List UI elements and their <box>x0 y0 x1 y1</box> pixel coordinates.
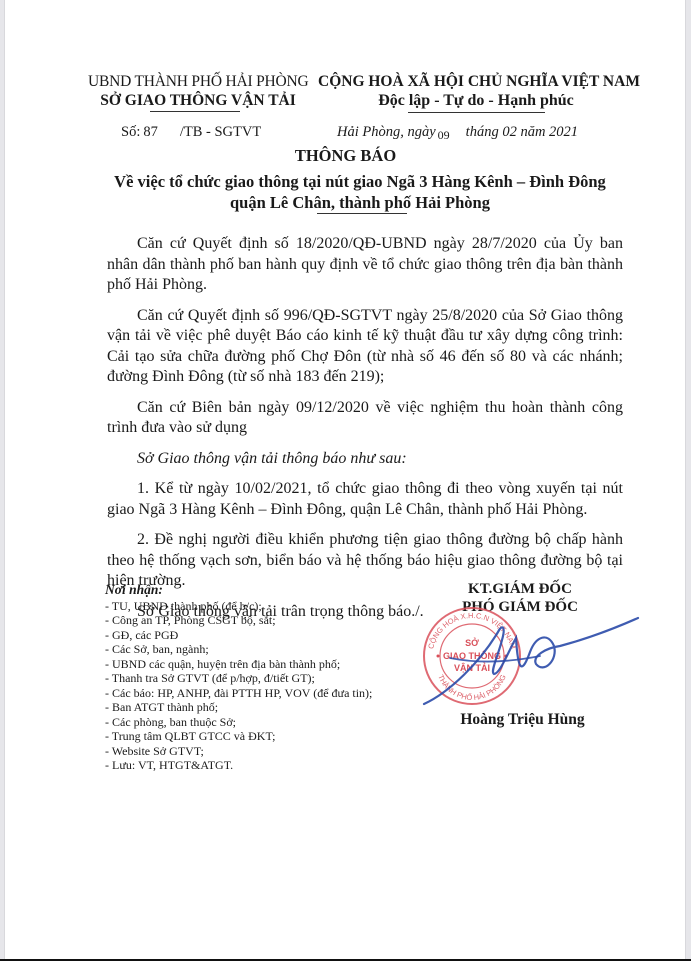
body-paragraph-intro: Sở Giao thông vận tải thông báo như sau: <box>107 449 623 470</box>
recipient-item: - Ban ATGT thành phố; <box>105 700 372 715</box>
recipient-item: - Công an TP, Phòng CSGT bộ, sắt; <box>105 613 372 628</box>
subtitle-line-2: quận Lê Chân, thành phố Hải Phòng <box>80 192 640 213</box>
recipient-item: - Các phòng, ban thuộc Sở; <box>105 715 372 730</box>
date-day: 09 <box>438 128 450 142</box>
national-heading-block: CỘNG HOÀ XÃ HỘI CHỦ NGHĨA VIỆT NAM Độc l… <box>318 72 634 110</box>
document-subtitle: Về việc tổ chức giao thông tại nút giao … <box>80 171 640 213</box>
date-place: Hải Phòng, ngày <box>337 124 436 140</box>
country-name: CỘNG HOÀ XÃ HỘI CHỦ NGHĨA VIỆT NAM <box>318 72 634 91</box>
document-body: Căn cứ Quyết định số 18/2020/QĐ-UBND ngà… <box>107 234 623 632</box>
subtitle-underline <box>317 213 407 214</box>
recipient-item: - GĐ, các PGĐ <box>105 628 372 643</box>
authority-name: UBND THÀNH PHỐ HẢI PHÒNG <box>88 72 308 91</box>
document-title: THÔNG BÁO <box>0 146 691 166</box>
body-paragraph: Căn cứ Quyết định số 18/2020/QĐ-UBND ngà… <box>107 234 623 296</box>
reference-number: 87 <box>143 124 158 140</box>
body-paragraph-item-1: 1. Kể từ ngày 10/02/2021, tổ chức giao t… <box>107 479 623 520</box>
subtitle-line-1: Về việc tổ chức giao thông tại nút giao … <box>80 171 640 192</box>
body-paragraph: Căn cứ Biên bản ngày 09/12/2020 về việc … <box>107 398 623 439</box>
reference-code: /TB - SGTVT <box>180 124 261 140</box>
recipients-block: Nơi nhận: - TU, UBND thành phố (để b/c);… <box>105 583 372 773</box>
recipient-item: - Các Sở, ban, ngành; <box>105 642 372 657</box>
page-edge-right <box>685 0 691 961</box>
department-underline <box>150 111 240 112</box>
recipient-item: - Các báo: HP, ANHP, đài PTTH HP, VOV (đ… <box>105 686 372 701</box>
recipient-item: - Lưu: VT, HTGT&ATGT. <box>105 758 372 773</box>
recipient-item: - TU, UBND thành phố (để b/c); <box>105 599 372 614</box>
recipients-list: - TU, UBND thành phố (để b/c); - Công an… <box>105 599 372 773</box>
recipient-item: - Trung tâm QLBT GTCC và ĐKT; <box>105 729 372 744</box>
handwritten-signature-icon <box>420 612 640 712</box>
recipients-heading: Nơi nhận: <box>105 583 372 598</box>
document-date: Hải Phòng, ngày09tháng 02 năm 2021 <box>337 124 578 141</box>
national-motto: Độc lập - Tự do - Hạnh phúc <box>318 91 634 110</box>
department-name: SỞ GIAO THÔNG VẬN TẢI <box>88 91 308 110</box>
reference-label: Số: <box>121 124 140 140</box>
document-reference: Số:87/TB - SGTVT <box>121 124 261 141</box>
recipient-item: - Website Sở GTVT; <box>105 744 372 759</box>
motto-underline <box>408 112 545 113</box>
page-edge-left <box>0 0 5 961</box>
body-paragraph: Căn cứ Quyết định số 996/QĐ-SGTVT ngày 2… <box>107 306 623 388</box>
recipient-item: - UBND các quận, huyện trên địa bàn thàn… <box>105 657 372 672</box>
issuing-authority-block: UBND THÀNH PHỐ HẢI PHÒNG SỞ GIAO THÔNG V… <box>88 72 308 110</box>
signer-name: Hoàng Triệu Hùng <box>440 711 605 729</box>
signature-title-line-1: KT.GIÁM ĐỐC <box>440 580 600 598</box>
date-month-year: tháng 02 năm 2021 <box>466 124 578 140</box>
recipient-item: - Thanh tra Sở GTVT (để p/hợp, đ/tiết GT… <box>105 671 372 686</box>
